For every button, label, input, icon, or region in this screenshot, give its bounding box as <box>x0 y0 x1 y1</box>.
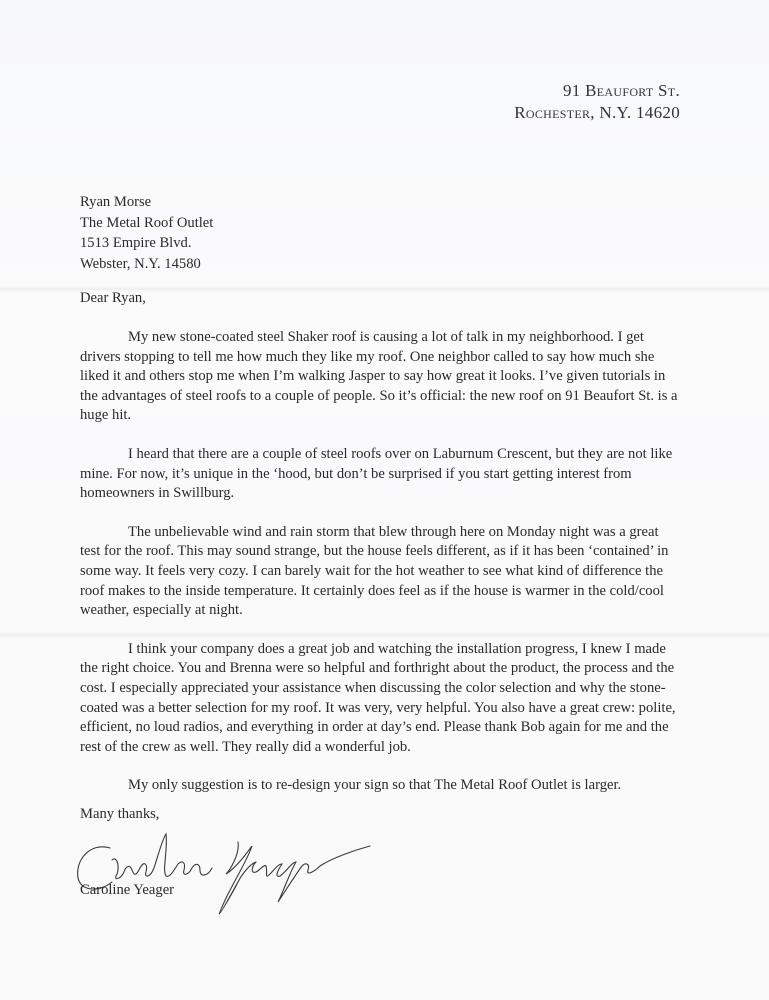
recipient-street: 1513 Empire Blvd. <box>80 233 213 254</box>
paragraph: My new stone-coated steel Shaker roof is… <box>80 328 680 426</box>
return-address-city: Rochester, N.Y. 14620 <box>514 102 680 124</box>
return-address-street: 91 Beaufort St. <box>514 80 680 102</box>
signature-icon <box>70 820 380 920</box>
paragraph: My only suggestion is to re-design your … <box>80 776 680 796</box>
signer-name: Caroline Yeager <box>80 882 174 899</box>
recipient-name: Ryan Morse <box>80 192 213 213</box>
recipient-city: Webster, N.Y. 14580 <box>80 254 213 275</box>
paragraph: I heard that there are a couple of steel… <box>80 445 680 504</box>
recipient-address: Ryan Morse The Metal Roof Outlet 1513 Em… <box>80 192 213 274</box>
salutation: Dear Ryan, <box>80 290 146 307</box>
paragraph: I think your company does a great job an… <box>80 640 680 758</box>
paragraph: The unbelievable wind and rain storm tha… <box>80 523 680 621</box>
letter-page: 91 Beaufort St. Rochester, N.Y. 14620 Ry… <box>0 0 769 1000</box>
letter-body: My new stone-coated steel Shaker roof is… <box>80 328 680 815</box>
recipient-company: The Metal Roof Outlet <box>80 213 213 234</box>
return-address: 91 Beaufort St. Rochester, N.Y. 14620 <box>514 80 680 124</box>
